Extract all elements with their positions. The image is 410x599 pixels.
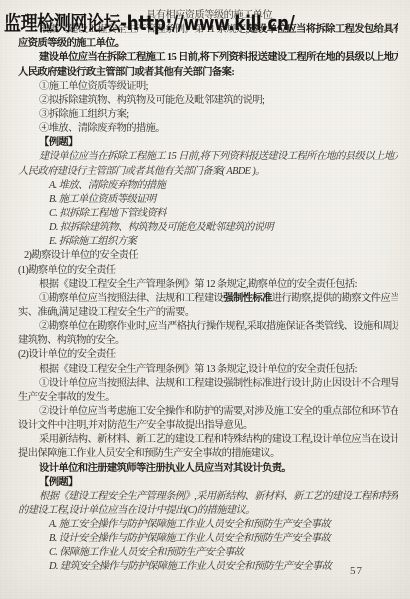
- text-segment: (1)勘察单位的安全责任: [18, 265, 115, 276]
- text-segment: ③拆除施工组织方案;: [39, 109, 129, 120]
- text-segment: B. 施工单位资质等级证明: [49, 194, 156, 205]
- text-segment: B. 设计安全操作与防护保障施工作业人员安全和预防生产安全事故: [49, 533, 330, 544]
- text-line: ②设计单位应当考虑施工安全操作和防护的需要,对涉及施工安全的重点部位和环节在: [18, 405, 398, 419]
- text-segment: 建筑物、构筑物的安全。: [18, 335, 125, 346]
- text-line: E. 拆除施工组织方案: [18, 235, 398, 249]
- text-line: A. 堆放、清除废弃物的措施: [18, 179, 398, 193]
- text-segment: 设计单位和注册建筑师等注册执业人员应当对其设计负责。: [39, 463, 291, 474]
- text-segment: 根据《建设工程安全生产管理条例》第 12 条规定,勘察单位的安全责任包括:: [39, 279, 357, 290]
- text-segment: ②设计单位应当考虑施工安全操作和防护的需要,对涉及施工安全的重点部位和环节在: [39, 406, 398, 417]
- text-segment: ①勘察单位应当按照法律、法规和工程建设: [39, 293, 223, 304]
- text-line: C. 保障施工作业人员安全和预防生产安全事故: [18, 546, 398, 560]
- text-segment: 人民政府建设行主管部门或者其他有关部门备案( ABDE )。: [18, 166, 265, 177]
- text-segment: 采用新结构、新材料、新工艺的建设工程和特殊结构的建设工程,设计单位应当在设计中: [39, 434, 398, 445]
- text-segment: ①设计单位应当按照法律、法规和工程建设强制性标准进行设计,防止因设计不合理导致: [39, 378, 398, 389]
- text-segment: 的建设工程,设计单位应当在设计中提出(C)的措施建议。: [18, 505, 255, 516]
- text-segment: 【例题】: [39, 477, 78, 488]
- text-line: 根据《建设工程安全生产管理条例》,采用新结构、新材料、新工艺的建设工程和特殊结构: [18, 490, 398, 504]
- text-segment: 人民政府建设行政主管部门或者其他有关部门备案:: [18, 67, 234, 78]
- text-line: 生产安全事故的发生。: [18, 391, 398, 405]
- text-line: (1)勘察单位的安全责任: [18, 264, 398, 278]
- text-segment: E. 拆除施工组织方案: [49, 236, 136, 247]
- text-segment: ④堆放、清除废弃物的措施。: [39, 123, 165, 134]
- text-line: B. 设计安全操作与防护保障施工作业人员安全和预防生产安全事故: [18, 532, 398, 546]
- text-line: 提出保障施工作业人员安全和预防生产安全事故的措施建议。: [18, 447, 398, 461]
- text-segment: 【例题】: [39, 137, 78, 148]
- scanned-document-page: 具有相应资质等级的施工单位根据《建设工程安全生产管理条例》第 11 条规定,建设…: [0, 0, 410, 599]
- text-segment: 设计文件中注明,并对防范生产安全事故提出指导意见。: [18, 420, 253, 431]
- text-segment: C. 保障施工作业人员安全和预防生产安全事故: [49, 547, 243, 558]
- text-segment: (2)设计单位的安全责任: [18, 349, 115, 360]
- text-line: 根据《建设工程安全生产管理条例》第 13 条规定,设计单位的安全责任包括:: [18, 363, 398, 377]
- text-segment: 应资质等级的施工单位。: [18, 38, 125, 49]
- text-line: 【例题】: [18, 476, 398, 490]
- text-segment: 根据《建设工程安全生产管理条例》第 13 条规定,设计单位的安全责任包括:: [39, 364, 357, 375]
- text-segment: 提出保障施工作业人员安全和预防生产安全事故的措施建议。: [18, 448, 280, 459]
- text-line: 的建设工程,设计单位应当在设计中提出(C)的措施建议。: [18, 504, 398, 518]
- text-segment: C. 拟拆除工程地下管线资料: [49, 208, 166, 219]
- text-segment: A. 施工安全操作与防护保障施工作业人员安全和预防生产安全事故: [49, 519, 330, 530]
- text-segment: D. 拟拆除建筑物、构筑物及可能危及毗邻建筑的说明: [49, 222, 273, 233]
- text-line: ②拟拆除建筑物、构筑物及可能危及毗邻建筑的说明;: [18, 94, 398, 108]
- text-segment: 根据《建设工程安全生产管理条例》,采用新结构、新材料、新工艺的建设工程和特殊结构: [39, 491, 398, 502]
- text-line: ③拆除施工组织方案;: [18, 108, 398, 122]
- text-line: 根据《建设工程安全生产管理条例》第 12 条规定,勘察单位的安全责任包括:: [18, 278, 398, 292]
- text-line: 人民政府建设行主管部门或者其他有关部门备案( ABDE )。: [18, 165, 398, 179]
- text-segment: 生产安全事故的发生。: [18, 392, 115, 403]
- text-segment: 实、准确,满足建设工程安全生产的需要。: [18, 307, 195, 318]
- text-line: (2)设计单位的安全责任: [18, 348, 398, 362]
- text-line: 实、准确,满足建设工程安全生产的需要。: [18, 306, 398, 320]
- text-line: 建设单位应当在拆除工程施工 15 日前,将下列资料报送建设工程所在地的县级以上地…: [18, 150, 398, 164]
- text-line: 应资质等级的施工单位。: [18, 37, 398, 51]
- text-segment: D. 建筑安全操作与防护保障施工作业人员安全和预防生产安全事故: [49, 561, 331, 572]
- text-line: 2)勘察设计单位的安全责任: [18, 249, 398, 263]
- text-line: ④堆放、清除废弃物的措施。: [18, 122, 398, 136]
- text-line: 设计单位和注册建筑师等注册执业人员应当对其设计负责。: [18, 462, 398, 476]
- text-segment: 建设单位应当在拆除工程施工 15 日前,将下列资料报送建设工程所在地的县级以上地…: [39, 52, 398, 63]
- text-line: 设计文件中注明,并对防范生产安全事故提出指导意见。: [18, 419, 398, 433]
- text-line: D. 建筑安全操作与防护保障施工作业人员安全和预防生产安全事故: [18, 560, 398, 574]
- text-line: ①勘察单位应当按照法律、法规和工程建设强制性标准进行勘察,提供的勘察文件应当真: [18, 292, 398, 306]
- page-number: 57: [350, 565, 363, 577]
- forum-watermark: 监理检测网论坛-http://www.kill.cn/: [4, 7, 294, 36]
- text-line: 建筑物、构筑物的安全。: [18, 334, 398, 348]
- text-segment: 建设单位应当在拆除工程施工 15 日前,将下列资料报送建设工程所在地的县级以上地…: [39, 151, 398, 162]
- text-line: D. 拟拆除建筑物、构筑物及可能危及毗邻建筑的说明: [18, 221, 398, 235]
- text-line: ①施工单位资质等级证明;: [18, 80, 398, 94]
- text-segment: ②勘察单位在勘察作业时,应当严格执行操作规程,采取措施保证各类管线、设施和周边: [39, 321, 398, 332]
- text-line: A. 施工安全操作与防护保障施工作业人员安全和预防生产安全事故: [18, 518, 398, 532]
- document-text-flow: 具有相应资质等级的施工单位根据《建设工程安全生产管理条例》第 11 条规定,建设…: [18, 9, 398, 575]
- text-line: B. 施工单位资质等级证明: [18, 193, 398, 207]
- text-segment: ②拟拆除建筑物、构筑物及可能危及毗邻建筑的说明;: [39, 95, 264, 106]
- text-line: ①设计单位应当按照法律、法规和工程建设强制性标准进行设计,防止因设计不合理导致: [18, 377, 398, 391]
- text-line: 采用新结构、新材料、新工艺的建设工程和特殊结构的建设工程,设计单位应当在设计中: [18, 433, 398, 447]
- text-line: 人民政府建设行政主管部门或者其他有关部门备案:: [18, 66, 398, 80]
- text-segment: ①施工单位资质等级证明;: [39, 81, 148, 92]
- text-segment: 进行勘察,提供的勘察文件应当真: [272, 293, 398, 304]
- text-segment: 强制性标准: [223, 293, 271, 304]
- text-segment: A. 堆放、清除废弃物的措施: [49, 180, 165, 191]
- text-segment: 2)勘察设计单位的安全责任: [24, 250, 138, 261]
- text-line: ②勘察单位在勘察作业时,应当严格执行操作规程,采取措施保证各类管线、设施和周边: [18, 320, 398, 334]
- text-line: 建设单位应当在拆除工程施工 15 日前,将下列资料报送建设工程所在地的县级以上地…: [18, 51, 398, 65]
- text-line: C. 拟拆除工程地下管线资料: [18, 207, 398, 221]
- text-line: 【例题】: [18, 136, 398, 150]
